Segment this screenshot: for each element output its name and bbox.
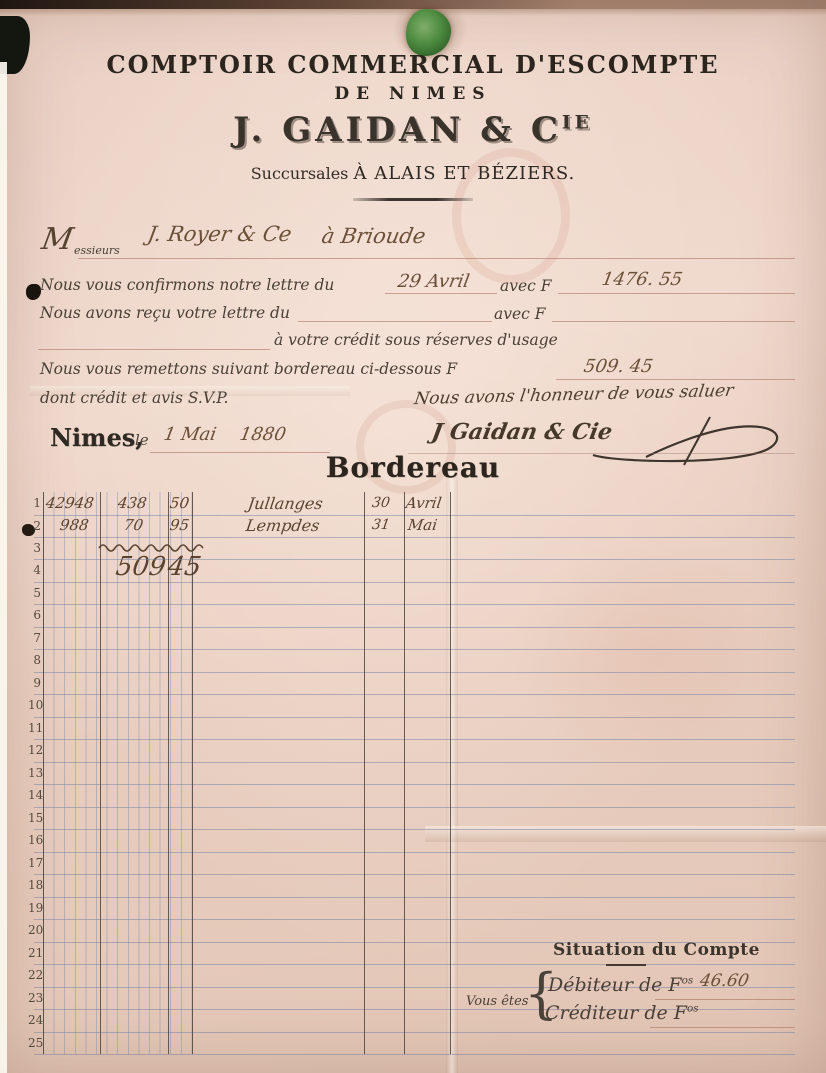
row-number: 10 [28, 698, 41, 712]
document-page: COMPTOIR COMMERCIAL D'ESCOMPTE DE NIMES … [0, 0, 826, 1073]
table-row-line [34, 717, 795, 718]
crediteur-sup: os [687, 1003, 699, 1015]
debiteur-value: 46.60 [698, 971, 750, 991]
le-label: le [135, 431, 149, 449]
salutation-m: M [39, 222, 76, 257]
company-name-text: J. GAIDAN & C [233, 110, 562, 150]
table-row-line [34, 582, 795, 583]
remit-label: Nous vous remettons suivant bordereau ci… [40, 360, 457, 378]
row-number: 4 [28, 563, 41, 577]
entry-cents: 50 [169, 494, 191, 512]
table-row-line [34, 559, 795, 560]
table-row-line [34, 784, 795, 785]
table-row-line [34, 762, 795, 763]
row-number: 19 [28, 901, 41, 915]
confirm-amount-value: 1476. 55 [600, 269, 684, 290]
total-cents: 45 [166, 552, 203, 582]
entry-cents: 95 [169, 516, 191, 534]
row-number: 23 [28, 991, 41, 1005]
table-row-line [34, 649, 795, 650]
entry-day: 30 [371, 495, 391, 511]
confirm-date-value: 29 Avril [396, 271, 471, 292]
credit-note-label: à votre crédit sous réserves d'usage [274, 331, 558, 349]
debiteur-label-text: Débiteur de F [548, 974, 682, 996]
row-number: 2 [28, 519, 41, 533]
branches-line: Succursales À ALAIS ET BÉZIERS. [0, 163, 826, 184]
table-vertical-line [404, 492, 405, 1054]
situation-title: Situation du Compte [553, 940, 760, 960]
field-rule [298, 321, 492, 322]
entry-day: 31 [371, 517, 391, 533]
situation-title-underline [606, 964, 646, 966]
table-row-line [34, 739, 795, 740]
addressee-name: J. Royer & Ce [146, 222, 294, 246]
avec-f-label-1: avec F [500, 277, 552, 295]
row-number: 5 [28, 586, 41, 600]
remit-amount-value: 509. 45 [582, 356, 654, 377]
total-squiggle [98, 542, 204, 552]
table-row-line [34, 604, 795, 605]
branches-prefix: Succursales [251, 164, 349, 183]
header-divider [353, 198, 473, 201]
table-row-line [34, 537, 795, 538]
city-printed: Nimes, [50, 423, 144, 452]
credit-advice-label: dont crédit et avis S.V.P. [40, 389, 228, 407]
entry-francs: 438 [117, 494, 148, 512]
letterhead-line2: DE NIMES [0, 84, 826, 104]
total-francs: 509 [114, 552, 168, 582]
table-vertical-line [364, 492, 365, 1054]
table-row-line [34, 874, 795, 875]
punch-hole-1 [26, 284, 41, 300]
entry-place: Lempdes [245, 516, 321, 535]
table-row-line [34, 627, 795, 628]
table-row-line [34, 852, 795, 853]
row-number: 22 [28, 968, 41, 982]
debiteur-label: Débiteur de Fos [548, 974, 693, 996]
row-number: 6 [28, 608, 41, 622]
date-day-value: 1 Mai [162, 424, 218, 445]
left-edge-strip [0, 62, 7, 1073]
row-number: 21 [28, 946, 41, 960]
letterhead-line1: COMPTOIR COMMERCIAL D'ESCOMPTE [0, 50, 826, 79]
entry-number: 988 [59, 516, 90, 534]
row-number: 12 [28, 743, 41, 757]
entry-place: Jullanges [247, 494, 324, 513]
date-year-value: 1880 [238, 424, 288, 445]
field-rule [650, 1027, 795, 1028]
row-number: 14 [28, 788, 41, 802]
company-name: J. GAIDAN & CIE [0, 110, 826, 150]
field-rule [552, 321, 795, 322]
row-number: 24 [28, 1013, 41, 1027]
signature-text: J Gaidan & Cie [430, 419, 615, 445]
table-row-line [34, 672, 795, 673]
company-name-suffix: IE [562, 112, 593, 134]
branches-cities: À ALAIS ET BÉZIERS. [353, 163, 575, 184]
row-number: 16 [28, 833, 41, 847]
row-number: 13 [28, 766, 41, 780]
table-vertical-line [168, 492, 169, 1054]
vous-etes-label: Vous êtes [466, 994, 528, 1009]
entry-month: Mai [407, 516, 439, 534]
received-label: Nous avons reçu votre lettre du [40, 304, 290, 322]
crediteur-label-text: Créditeur de F [545, 1002, 687, 1024]
addressee-city: à Brioude [320, 224, 428, 248]
field-rule [558, 293, 795, 294]
field-rule [78, 258, 795, 259]
debiteur-sup: os [682, 975, 694, 987]
entry-number: 42948 [45, 494, 95, 512]
table-row-line [34, 919, 795, 920]
table-vertical-line [192, 492, 193, 1054]
salutation-rest: essieurs [74, 244, 120, 257]
bordereau-table: 42948 438 50 Jullanges 30 Avril 988 70 9… [28, 492, 795, 1054]
row-number: 7 [28, 631, 41, 645]
field-rule [385, 293, 497, 294]
table-row-line [34, 515, 795, 516]
row-number: 8 [28, 653, 41, 667]
field-rule [655, 999, 795, 1000]
row-number: 20 [28, 923, 41, 937]
closing-line: Nous avons l'honneur de vous saluer [413, 381, 735, 409]
table-vertical-line [450, 492, 451, 1054]
row-number: 9 [28, 676, 41, 690]
table-vertical-line [100, 492, 101, 1054]
table-row-line [34, 964, 795, 965]
table-row-line [34, 807, 795, 808]
entry-francs: 70 [123, 516, 145, 534]
row-number: 1 [28, 496, 41, 510]
table-row-line [34, 694, 795, 695]
field-rule [556, 379, 795, 380]
field-rule [38, 349, 270, 350]
table-row-line [34, 1032, 795, 1033]
row-number: 11 [28, 721, 41, 735]
table-vertical-line [43, 492, 44, 1054]
avec-f-label-2: avec F [494, 305, 546, 323]
row-number: 17 [28, 856, 41, 870]
confirm-label: Nous vous confirmons notre lettre du [40, 276, 334, 294]
entry-month: Avril [405, 494, 443, 512]
bordereau-title: Bordereau [0, 451, 826, 484]
table-row-line [34, 1054, 795, 1055]
row-number: 18 [28, 878, 41, 892]
table-row-line [34, 829, 795, 830]
row-number: 3 [28, 541, 41, 555]
crediteur-label: Créditeur de Fos [545, 1002, 699, 1024]
table-row-line [34, 897, 795, 898]
row-number: 25 [28, 1036, 41, 1050]
row-number: 15 [28, 811, 41, 825]
